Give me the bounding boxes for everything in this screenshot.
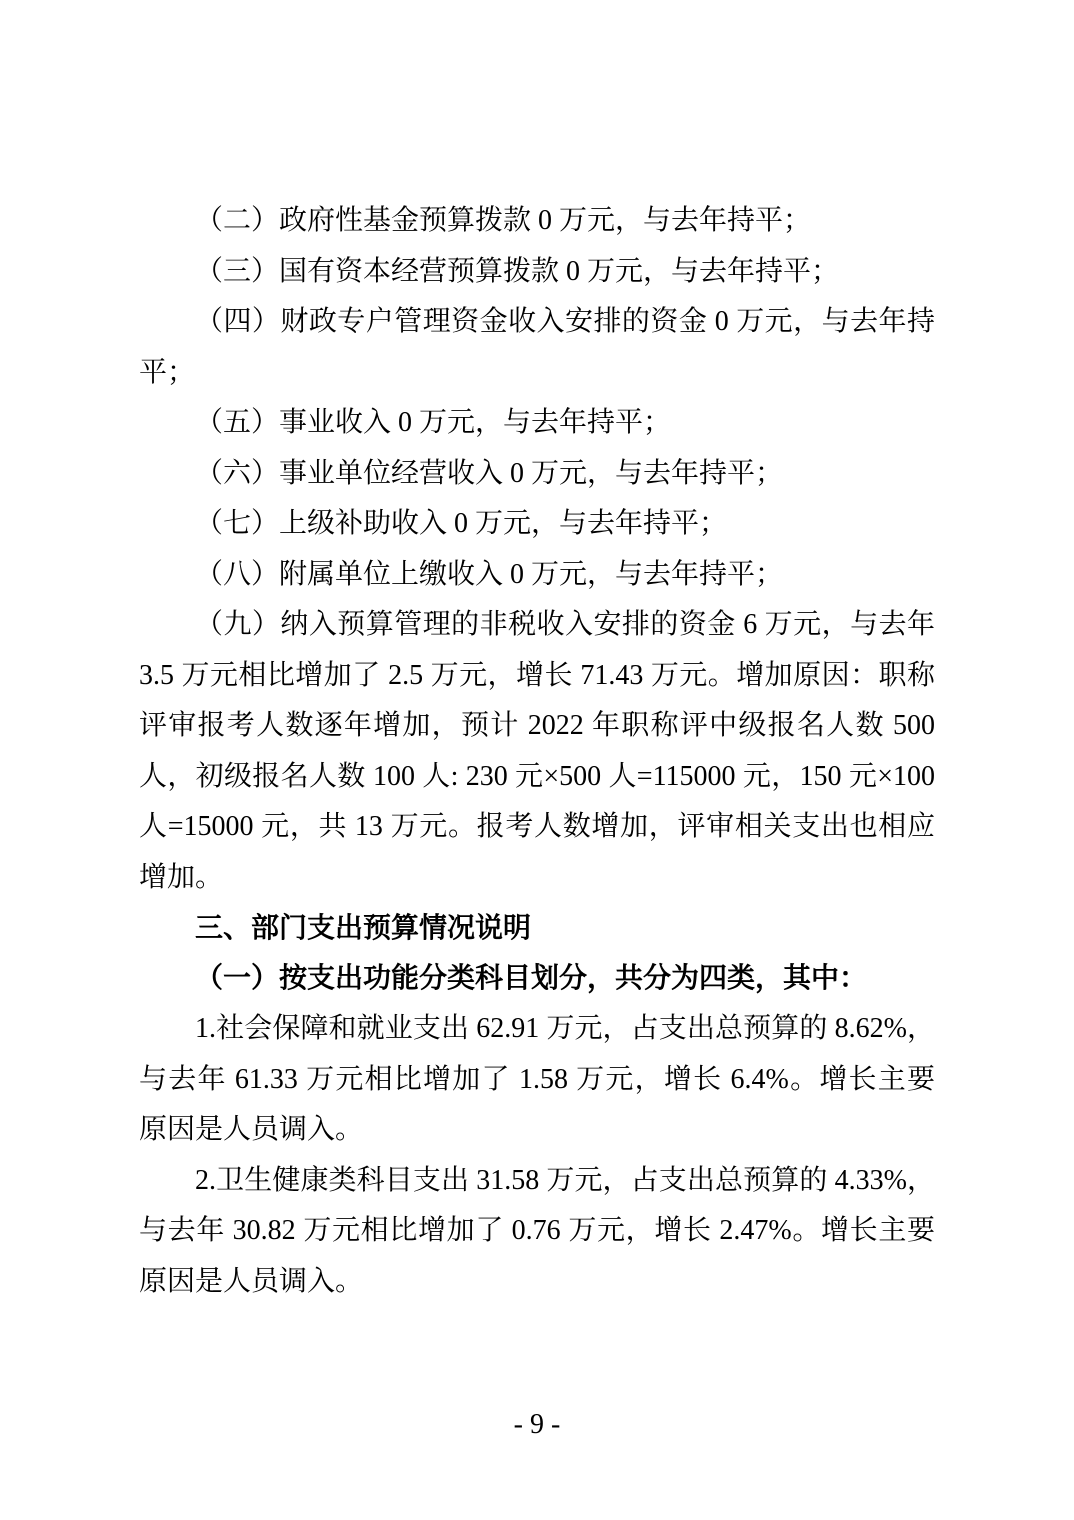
paragraph-line: （八）附属单位上缴收入 0 万元，与去年持平；: [139, 550, 935, 601]
subsection-heading: （一）按支出功能分类科目划分，共分为四类，其中：: [139, 954, 935, 1005]
document-page: （二）政府性基金预算拨款 0 万元，与去年持平；（三）国有资本经营预算拨款 0 …: [0, 0, 1074, 1520]
paragraph-line: 评审报考人数逐年增加，预计 2022 年职称评中级报名人数 500: [139, 701, 935, 752]
paragraph-line: 原因是人员调入。: [139, 1257, 935, 1308]
paragraph-line: 人，初级报名人数 100 人: 230 元×500 人=115000 元，150…: [139, 752, 935, 803]
paragraph-line: 增加。: [139, 853, 935, 904]
section-heading: 三、部门支出预算情况说明: [139, 903, 935, 954]
paragraph-line: （五）事业收入 0 万元，与去年持平；: [139, 398, 935, 449]
paragraph-line: 平；: [139, 348, 935, 399]
paragraph-line: 与去年 30.82 万元相比增加了 0.76 万元，增长 2.47%。增长主要: [139, 1206, 935, 1257]
paragraph-line: 与去年 61.33 万元相比增加了 1.58 万元，增长 6.4%。增长主要: [139, 1055, 935, 1106]
paragraph-line: （四）财政专户管理资金收入安排的资金 0 万元，与去年持: [139, 297, 935, 348]
paragraph-line: （七）上级补助收入 0 万元，与去年持平；: [139, 499, 935, 550]
paragraph-line: （二）政府性基金预算拨款 0 万元，与去年持平；: [139, 196, 935, 247]
paragraph-line: （九）纳入预算管理的非税收入安排的资金 6 万元，与去年: [139, 600, 935, 651]
paragraph-line: 1.社会保障和就业支出 62.91 万元，占支出总预算的 8.62%，: [139, 1004, 935, 1055]
paragraph-line: （六）事业单位经营收入 0 万元，与去年持平；: [139, 449, 935, 500]
paragraph-line: 原因是人员调入。: [139, 1105, 935, 1156]
paragraph-line: 人=15000 元，共 13 万元。报考人数增加，评审相关支出也相应: [139, 802, 935, 853]
paragraph-line: 2.卫生健康类科目支出 31.58 万元，占支出总预算的 4.33%，: [139, 1156, 935, 1207]
document-body: （二）政府性基金预算拨款 0 万元，与去年持平；（三）国有资本经营预算拨款 0 …: [139, 196, 935, 1307]
paragraph-line: 3.5 万元相比增加了 2.5 万元，增长 71.43 万元。增加原因：职称: [139, 651, 935, 702]
paragraph-line: （三）国有资本经营预算拨款 0 万元，与去年持平；: [139, 247, 935, 298]
page-number: - 9 -: [0, 1410, 1074, 1440]
